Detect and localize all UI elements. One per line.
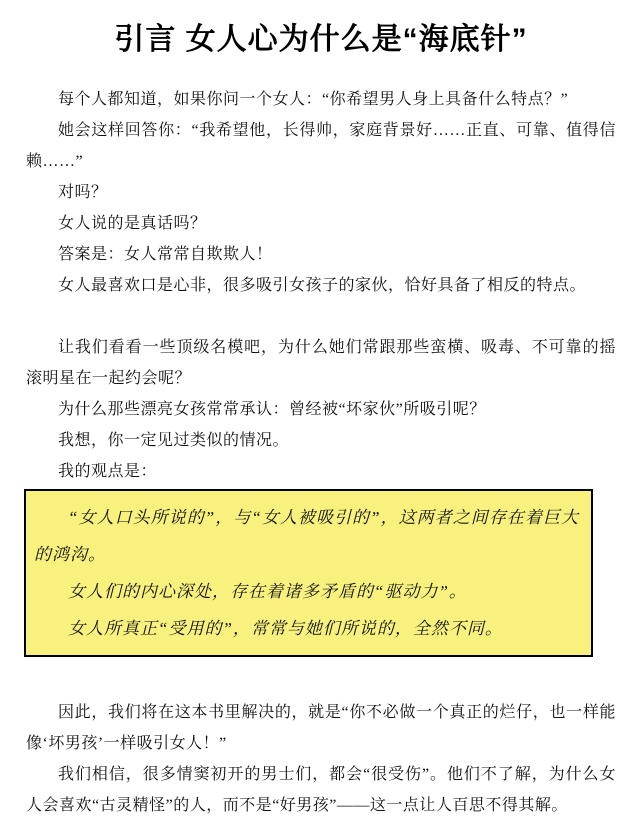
intro-paragraph: 为什么那些漂亮女孩常常承认：曾经被“坏家伙”所吸引呢？ bbox=[26, 394, 616, 425]
intro-paragraph: 答案是：女人常常自欺欺人！ bbox=[26, 239, 616, 270]
highlight-paragraph: 女人所真正“受用的”，常常与她们所说的，全然不同。 bbox=[34, 610, 579, 647]
book-page: 引言 女人心为什么是“海底针” 每个人都知道，如果你问一个女人：“你希望男人身上… bbox=[0, 0, 638, 827]
conclusion-paragraph: 我们相信，很多情窦初开的男士们，都会“很受伤”。他们不了解，为什么女人会喜欢“古… bbox=[26, 759, 616, 821]
intro-paragraph: 女人最喜欢口是心非，很多吸引女孩子的家伙，恰好具备了相反的特点。 bbox=[26, 270, 616, 301]
highlight-paragraph: “女人口头所说的”，与“女人被吸引的”，这两者之间存在着巨大的鸿沟。 bbox=[34, 499, 579, 573]
intro-paragraph: 她会这样回答你：“我希望他，长得帅，家庭背景好……正直、可靠、值得信赖……” bbox=[26, 115, 616, 177]
intro-paragraph: 我想，你一定见过类似的情况。 bbox=[26, 425, 616, 456]
intro-paragraph: 让我们看看一些顶级名模吧，为什么她们常跟那些蛮横、吸毒、不可靠的摇滚明星在一起约… bbox=[26, 332, 616, 394]
intro-paragraph: 对吗？ bbox=[26, 177, 616, 208]
intro-paragraph: 我的观点是： bbox=[26, 456, 616, 487]
intro-paragraph: 每个人都知道，如果你问一个女人：“你希望男人身上具备什么特点？” bbox=[26, 84, 616, 115]
highlight-paragraph: 女人们的内心深处，存在着诸多矛盾的“驱动力”。 bbox=[34, 573, 579, 610]
conclusion-paragraph: 因此，我们将在这本书里解决的，就是“你不必做一个真正的烂仔，也一样能像‘坏男孩’… bbox=[26, 697, 616, 759]
chapter-title: 引言 女人心为什么是“海底针” bbox=[26, 22, 616, 58]
intro-paragraph: 女人说的是真话吗？ bbox=[26, 208, 616, 239]
highlight-box: “女人口头所说的”，与“女人被吸引的”，这两者之间存在着巨大的鸿沟。 女人们的内… bbox=[24, 489, 593, 657]
